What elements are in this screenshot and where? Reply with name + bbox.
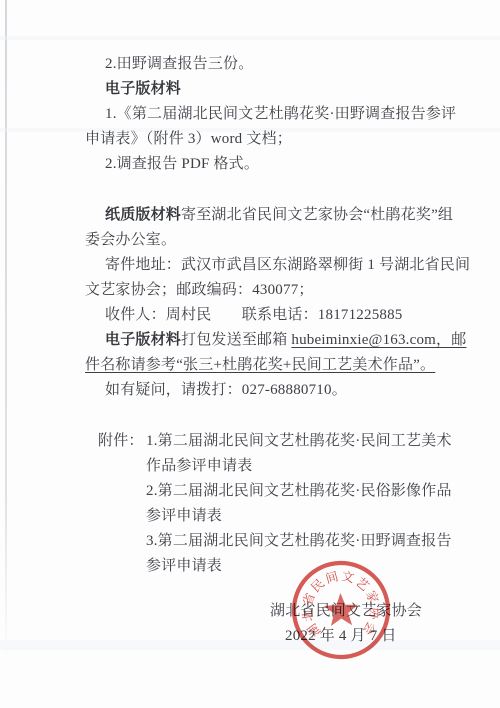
paragraph: 寄件地址：武汉市武昌区东湖路翠柳街 1 号湖北省民间文艺家协会；邮政编码：430… <box>85 253 460 303</box>
paragraph: 2.调查报告 PDF 格式。 <box>85 152 460 177</box>
text-segment: hubeiminxie@163.com，邮 <box>291 332 466 348</box>
text-line: 寄件地址：武汉市武昌区东湖路翠柳街 1 号湖北省民间 <box>85 253 460 278</box>
text-line: 2.田野调查报告三份。 <box>85 52 460 77</box>
text-segment: 纸质版材料 <box>105 207 181 223</box>
text-line: 3.第二届湖北民间文艺杜鹃花奖·田野调查报告 <box>146 529 460 554</box>
text-segment: 打包发送至邮箱 <box>181 332 291 348</box>
scan-streak <box>0 36 500 40</box>
section-electronic-materials: 2.田野调查报告三份。电子版材料1.《第二届湖北民间文艺杜鹃花奖·田野调查报告参… <box>85 52 460 177</box>
scan-edge-line <box>5 0 7 662</box>
sections-container: 2.田野调查报告三份。电子版材料1.《第二届湖北民间文艺杜鹃花奖·田野调查报告参… <box>85 52 460 403</box>
text-segment: 1.《第二届湖北民间文艺杜鹃花奖·田野调查报告参评 <box>105 106 456 122</box>
text-segment: 如有疑问，请拨打：027-68880710。 <box>105 382 347 398</box>
attachment-item: 2.第二届湖北民间文艺杜鹃花奖·民俗影像作品参评申请表 <box>146 479 460 529</box>
signature-block: 湖北省民间文艺家协会 2022 年 4 月 7 日 <box>85 599 460 649</box>
text-segment: 文艺家协会；邮政编码：430077； <box>85 282 314 298</box>
text-segment: 2.调查报告 PDF 格式。 <box>105 156 259 172</box>
text-line: 1.《第二届湖北民间文艺杜鹃花奖·田野调查报告参评 <box>85 102 460 127</box>
paragraph: 2.田野调查报告三份。 <box>85 52 460 77</box>
text-line: 件名称请参考“张三+杜鹃花奖+民间工艺美术作品”。 <box>85 353 460 378</box>
document-body: 2.田野调查报告三份。电子版材料1.《第二届湖北民间文艺杜鹃花奖·田野调查报告参… <box>85 52 460 649</box>
text-line: 纸质版材料寄至湖北省民间文艺家协会“杜鹃花奖”组 <box>85 203 460 228</box>
attachment-item: 1.第二届湖北民间文艺杜鹃花奖·民间工艺美术作品参评申请表 <box>146 429 460 479</box>
paragraph: 电子版材料 <box>85 77 460 102</box>
text-segment: 电子版材料 <box>105 332 181 348</box>
paragraph: 1.《第二届湖北民间文艺杜鹃花奖·田野调查报告参评申请表》（附件 3）word … <box>85 102 460 152</box>
text-line: 2.调查报告 PDF 格式。 <box>85 152 460 177</box>
paragraph: 电子版材料打包发送至邮箱 hubeiminxie@163.com，邮件名称请参考… <box>85 328 460 378</box>
attachment-item: 3.第二届湖北民间文艺杜鹃花奖·田野调查报告参评申请表 <box>146 529 460 579</box>
text-line: 收件人：周村民 联系电话：18171225885 <box>85 303 460 328</box>
text-line: 2.第二届湖北民间文艺杜鹃花奖·民俗影像作品 <box>146 479 460 504</box>
text-segment: 件名称请参考“张三+杜鹃花奖+民间工艺美术作品”。 <box>85 357 435 373</box>
text-segment: 寄件地址：武汉市武昌区东湖路翠柳街 1 号湖北省民间 <box>105 257 470 273</box>
signature-date: 2022 年 4 月 7 日 <box>285 624 460 649</box>
section-mailing-instructions: 纸质版材料寄至湖北省民间文艺家协会“杜鹃花奖”组委会办公室。寄件地址：武汉市武昌… <box>85 203 460 403</box>
text-line: 如有疑问，请拨打：027-68880710。 <box>85 378 460 403</box>
text-segment: 寄至湖北省民间文艺家协会“杜鹃花奖”组 <box>181 207 453 223</box>
text-segment: 申请表》（附件 3）word 文档； <box>85 131 292 147</box>
text-segment: 委会办公室。 <box>85 232 176 248</box>
text-line: 电子版材料打包发送至邮箱 hubeiminxie@163.com，邮 <box>85 328 460 353</box>
text-line: 电子版材料 <box>85 77 460 102</box>
text-line: 申请表》（附件 3）word 文档； <box>85 127 460 152</box>
paragraph: 纸质版材料寄至湖北省民间文艺家协会“杜鹃花奖”组委会办公室。 <box>85 203 460 253</box>
text-line: 委会办公室。 <box>85 228 460 253</box>
paragraph: 收件人：周村民 联系电话：18171225885 <box>85 303 460 328</box>
text-line: 1.第二届湖北民间文艺杜鹃花奖·民间工艺美术 <box>146 429 460 454</box>
paragraph: 如有疑问，请拨打：027-68880710。 <box>85 378 460 403</box>
attachments-block: 附件： 1.第二届湖北民间文艺杜鹃花奖·民间工艺美术作品参评申请表2.第二届湖北… <box>85 429 460 579</box>
text-line: 文艺家协会；邮政编码：430077； <box>85 278 460 303</box>
text-segment: 电子版材料 <box>105 81 181 97</box>
text-line: 参评申请表 <box>146 504 460 529</box>
text-segment: 收件人：周村民 联系电话：18171225885 <box>105 307 403 323</box>
text-line: 参评申请表 <box>146 554 460 579</box>
attachments-items: 1.第二届湖北民间文艺杜鹃花奖·民间工艺美术作品参评申请表2.第二届湖北民间文艺… <box>146 429 460 579</box>
text-line: 作品参评申请表 <box>146 454 460 479</box>
attachments-label: 附件： <box>98 429 146 579</box>
signature-org: 湖北省民间文艺家协会 <box>270 599 460 624</box>
text-segment: 2.田野调查报告三份。 <box>105 56 253 72</box>
